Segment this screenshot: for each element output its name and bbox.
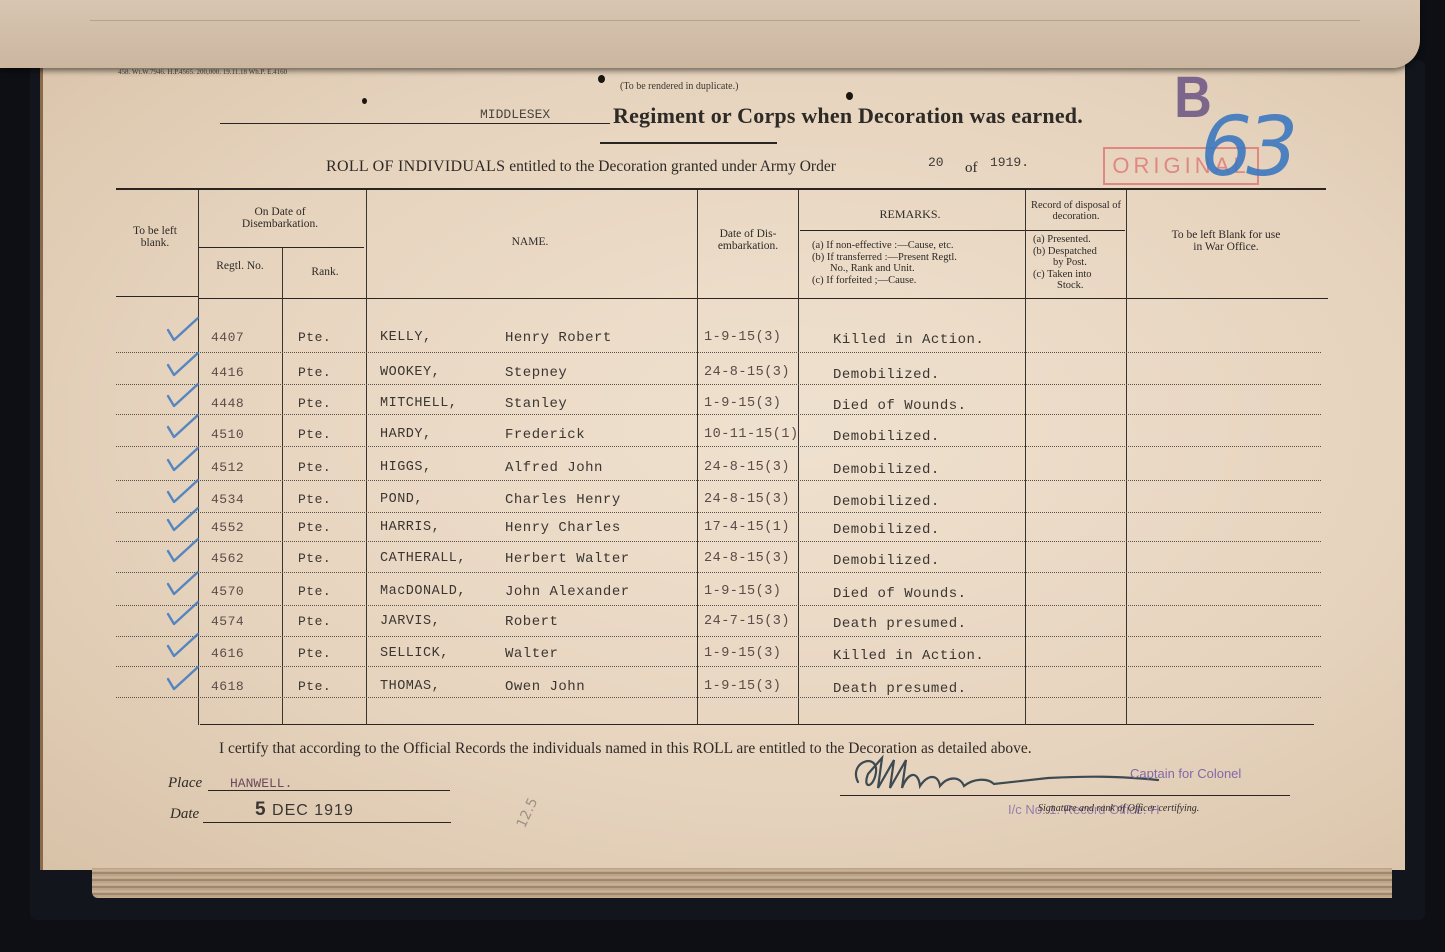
regtl-number: 4562 bbox=[211, 551, 244, 566]
header-bottom-rule bbox=[116, 296, 198, 297]
row-dotted-rule bbox=[116, 636, 1321, 637]
regtl-number: 4570 bbox=[211, 584, 244, 599]
row-dotted-rule bbox=[116, 666, 1321, 667]
forenames: Stanley bbox=[505, 396, 567, 412]
handwritten-page-number: 63 bbox=[1200, 100, 1292, 195]
remarks: Demobilized. bbox=[833, 553, 940, 569]
officer-signature bbox=[848, 752, 1168, 794]
remarks: Demobilized. bbox=[833, 494, 940, 510]
roll-text: entitled to the Decoration granted under… bbox=[509, 158, 836, 175]
forenames: Stepney bbox=[505, 365, 567, 381]
forenames: Henry Robert bbox=[505, 330, 612, 346]
disembarkation-date: 1-9-15(3) bbox=[704, 396, 781, 411]
forenames: Walter bbox=[505, 646, 558, 662]
subheader-rule bbox=[198, 247, 364, 248]
checkmark-icon bbox=[164, 632, 200, 658]
page-edges bbox=[92, 868, 1392, 898]
remarks: Death presumed. bbox=[833, 681, 967, 697]
header-bottom-rule bbox=[198, 298, 698, 299]
checkmark-icon bbox=[164, 478, 200, 504]
header-to-be-left-blank: To be left blank. bbox=[126, 225, 184, 249]
checkmark-icon bbox=[164, 537, 200, 563]
column-divider bbox=[282, 248, 283, 725]
remarks: Demobilized. bbox=[833, 462, 940, 478]
row-dotted-rule bbox=[116, 352, 1321, 353]
forenames: Charles Henry bbox=[505, 492, 621, 508]
disembarkation-date: 24-7-15(3) bbox=[704, 614, 790, 629]
column-divider bbox=[1025, 190, 1026, 725]
printer-imprint: 458. Wt.W.7946. H.P.4565. 200,000. 19.11… bbox=[118, 68, 287, 76]
remarks-legend: (a) If non-effective :—Cause, etc. (b) I… bbox=[812, 240, 1022, 286]
regtl-number: 4407 bbox=[211, 330, 244, 345]
date-day: 5 bbox=[255, 799, 267, 820]
punch-hole bbox=[598, 75, 605, 83]
of-label: of bbox=[965, 160, 978, 177]
column-divider bbox=[798, 190, 799, 725]
signature-caption: Signature and rank of Officer certifying… bbox=[1038, 803, 1199, 814]
checkmark-icon bbox=[164, 382, 200, 408]
regtl-number: 4512 bbox=[211, 460, 244, 475]
checkmark-icon bbox=[164, 570, 200, 596]
rank: Pte. bbox=[298, 460, 331, 475]
regtl-number: 4510 bbox=[211, 427, 244, 442]
forenames: Henry Charles bbox=[505, 520, 621, 536]
previous-page-flap bbox=[0, 0, 1420, 68]
regtl-number: 4416 bbox=[211, 365, 244, 380]
disposal-c: (c) Taken into bbox=[1033, 269, 1125, 281]
duplicate-instruction: (To be rendered in duplicate.) bbox=[620, 81, 738, 92]
disembarkation-date: 24-8-15(3) bbox=[704, 551, 790, 566]
disembarkation-date: 24-8-15(3) bbox=[704, 365, 790, 380]
surname: POND, bbox=[380, 492, 423, 507]
checkmark-icon bbox=[164, 506, 200, 532]
remarks-a: (a) If non-effective :—Cause, etc. bbox=[812, 240, 1022, 252]
punch-hole bbox=[846, 92, 853, 100]
forenames: Robert bbox=[505, 614, 558, 630]
forenames: Frederick bbox=[505, 427, 585, 443]
surname: HIGGS, bbox=[380, 460, 432, 475]
remarks: Killed in Action. bbox=[833, 332, 984, 348]
checkmark-icon bbox=[164, 316, 200, 342]
surname: HARDY, bbox=[380, 427, 432, 442]
regtl-number: 4618 bbox=[211, 679, 244, 694]
disembarkation-date: 1-9-15(3) bbox=[704, 584, 781, 599]
stamp-letter-b: B bbox=[1174, 64, 1212, 131]
remarks-b2: No., Rank and Unit. bbox=[812, 263, 1022, 275]
header-date-of-disembarkation: Date of Dis-embarkation. bbox=[712, 228, 784, 252]
rank: Pte. bbox=[298, 492, 331, 507]
subheader-rule bbox=[800, 230, 1125, 231]
punch-hole bbox=[362, 98, 367, 104]
surname: CATHERALL, bbox=[380, 551, 466, 566]
forenames: Owen John bbox=[505, 679, 585, 695]
rank: Pte. bbox=[298, 520, 331, 535]
regiment-title: Regiment or Corps when Decoration was ea… bbox=[613, 103, 1083, 129]
rank: Pte. bbox=[298, 584, 331, 599]
surname: THOMAS, bbox=[380, 679, 440, 694]
disembarkation-date: 10-11-15(1) bbox=[704, 427, 799, 442]
regiment-underline bbox=[220, 123, 610, 124]
forenames: John Alexander bbox=[505, 584, 630, 600]
surname: JARVIS, bbox=[380, 614, 440, 629]
disposal-b: (b) Despatched bbox=[1033, 246, 1125, 258]
header-bottom-rule bbox=[698, 298, 1328, 299]
table-bottom-rule bbox=[200, 724, 1314, 725]
remarks: Demobilized. bbox=[833, 522, 940, 538]
remarks: Demobilized. bbox=[833, 367, 940, 383]
column-divider bbox=[366, 190, 367, 725]
row-dotted-rule bbox=[116, 572, 1321, 573]
remarks: Killed in Action. bbox=[833, 648, 984, 664]
surname: MITCHELL, bbox=[380, 396, 457, 411]
row-dotted-rule bbox=[116, 605, 1321, 606]
row-dotted-rule bbox=[116, 480, 1321, 481]
roll-heading: ROLL OF INDIVIDUALS entitled to the Deco… bbox=[326, 158, 836, 176]
regtl-number: 4616 bbox=[211, 646, 244, 661]
disembarkation-date: 24-8-15(3) bbox=[704, 492, 790, 507]
surname: KELLY, bbox=[380, 330, 432, 345]
disposal-b2: by Post. bbox=[1033, 257, 1125, 269]
table-top-rule bbox=[116, 188, 1326, 190]
place-label: Place bbox=[168, 775, 202, 792]
disembarkation-date: 1-9-15(3) bbox=[704, 646, 781, 661]
checkmark-icon bbox=[164, 446, 200, 472]
surname: HARRIS, bbox=[380, 520, 440, 535]
checkmark-icon bbox=[164, 665, 200, 691]
column-divider bbox=[1126, 190, 1127, 725]
regtl-number: 4534 bbox=[211, 492, 244, 507]
forenames: Herbert Walter bbox=[505, 551, 630, 567]
disposal-legend: (a) Presented. (b) Despatched by Post. (… bbox=[1033, 234, 1125, 292]
regiment-value: MIDDLESEX bbox=[480, 107, 550, 122]
row-dotted-rule bbox=[116, 541, 1321, 542]
roll-caps: ROLL OF INDIVIDUALS bbox=[326, 158, 505, 175]
place-value: HANWELL. bbox=[230, 776, 292, 791]
header-on-date-of-disembarkation: On Date of Disembarkation. bbox=[220, 206, 340, 230]
rank: Pte. bbox=[298, 646, 331, 661]
remarks-b: (b) If transferred :—Present Regtl. bbox=[812, 252, 1022, 264]
disembarkation-date: 1-9-15(3) bbox=[704, 330, 781, 345]
rank: Pte. bbox=[298, 551, 331, 566]
checkmark-icon bbox=[164, 413, 200, 439]
remarks: Demobilized. bbox=[833, 429, 940, 445]
remarks: Died of Wounds. bbox=[833, 398, 967, 414]
column-divider bbox=[697, 190, 698, 725]
army-order-year: 1919. bbox=[990, 155, 1029, 170]
date-month-year: DEC 1919 bbox=[272, 802, 354, 819]
remarks-c: (c) If forfeited ;—Cause. bbox=[812, 275, 1022, 287]
remarks: Died of Wounds. bbox=[833, 586, 967, 602]
bleed-through-rule bbox=[90, 20, 1360, 21]
checkmark-icon bbox=[164, 351, 200, 377]
row-dotted-rule bbox=[116, 697, 1321, 698]
rank: Pte. bbox=[298, 396, 331, 411]
rank: Pte. bbox=[298, 365, 331, 380]
disembarkation-date: 24-8-15(3) bbox=[704, 460, 790, 475]
rank: Pte. bbox=[298, 679, 331, 694]
header-regtl-no: Regtl. No. bbox=[210, 260, 270, 272]
regtl-number: 4552 bbox=[211, 520, 244, 535]
row-dotted-rule bbox=[116, 446, 1321, 447]
surname: MacDONALD, bbox=[380, 584, 466, 599]
row-dotted-rule bbox=[116, 512, 1321, 513]
disposal-a: (a) Presented. bbox=[1033, 234, 1125, 246]
rank: Pte. bbox=[298, 427, 331, 442]
remarks: Death presumed. bbox=[833, 616, 967, 632]
rank: Pte. bbox=[298, 330, 331, 345]
surname: SELLICK, bbox=[380, 646, 449, 661]
row-dotted-rule bbox=[116, 414, 1321, 415]
header-record-of-disposal: Record of disposal of decoration. bbox=[1028, 200, 1124, 222]
rank: Pte. bbox=[298, 614, 331, 629]
header-name: NAME. bbox=[480, 236, 580, 248]
header-war-office: To be left Blank for use in War Office. bbox=[1170, 229, 1282, 253]
date-label: Date bbox=[170, 806, 199, 823]
header-rank: Rank. bbox=[290, 266, 360, 278]
army-order-number: 20 bbox=[928, 155, 944, 170]
date-stamp: 5 DEC 1919 bbox=[255, 799, 354, 821]
regtl-number: 4448 bbox=[211, 396, 244, 411]
surname: WOOKEY, bbox=[380, 365, 440, 380]
disembarkation-date: 17-4-15(1) bbox=[704, 520, 790, 535]
rank-stamp: Captain for Colonel bbox=[1130, 766, 1241, 781]
checkmark-icon bbox=[164, 600, 200, 626]
signature-line bbox=[840, 795, 1290, 796]
date-underline bbox=[203, 822, 451, 823]
regtl-number: 4574 bbox=[211, 614, 244, 629]
disembarkation-date: 1-9-15(3) bbox=[704, 679, 781, 694]
header-remarks: REMARKS. bbox=[860, 208, 960, 220]
forenames: Alfred John bbox=[505, 460, 603, 476]
disposal-c2: Stock. bbox=[1033, 280, 1125, 292]
row-dotted-rule bbox=[116, 384, 1321, 385]
title-rule bbox=[600, 142, 777, 144]
